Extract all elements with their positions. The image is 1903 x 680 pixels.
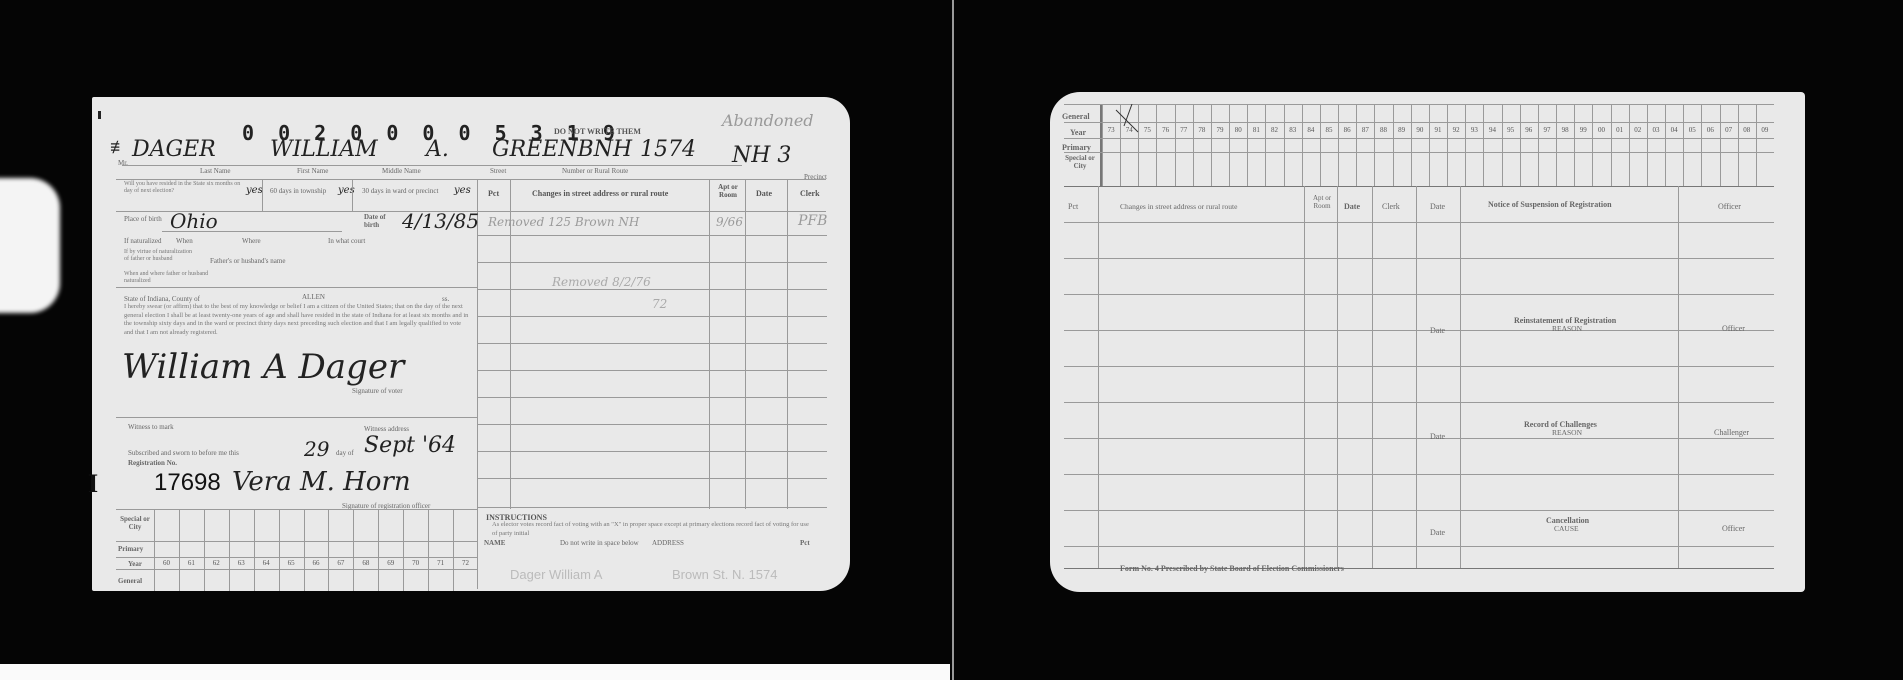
year-cell: 00 [1592, 126, 1610, 134]
subscribed-label: Subscribed and sworn to before me this [128, 449, 239, 457]
birthplace-value: Ohio [170, 209, 218, 233]
back-header-date: Date [1344, 202, 1360, 211]
scan-edge-artifact [0, 178, 60, 313]
grid-column-line [1756, 104, 1757, 186]
back-header-address: Changes in street address or rural route [1120, 202, 1237, 211]
grid-column-line [378, 509, 379, 591]
back-header-clerk: Clerk [1382, 202, 1400, 211]
grid-column-line [1665, 104, 1666, 186]
year-cell: 83 [1284, 126, 1302, 134]
street-label: Street [490, 167, 506, 175]
reinstatement-officer-label: Officer [1722, 324, 1745, 333]
year-cell: 94 [1483, 126, 1501, 134]
grid-column-line [1447, 104, 1448, 186]
year-cell: 01 [1611, 126, 1629, 134]
instructions-text: As elector votes record fact of voting w… [492, 521, 812, 538]
ward-question: 30 days in ward or precinct [362, 187, 438, 195]
grid-column-line [1683, 104, 1684, 186]
grid-column-line [1701, 104, 1702, 186]
grid-column-line [1592, 104, 1593, 186]
year-cell: 86 [1338, 126, 1356, 134]
reinstatement-reason-label: REASON [1552, 324, 1582, 333]
year-cell: 02 [1629, 126, 1647, 134]
changes-header-clerk: Clerk [800, 189, 820, 198]
grid-column-line [1393, 104, 1394, 186]
year-cell: 03 [1647, 126, 1665, 134]
officer-signature: Vera M. Horn [232, 467, 411, 497]
grid-column-line [1247, 104, 1248, 186]
grid-column-line [279, 509, 280, 591]
grid-column-line [1502, 104, 1503, 186]
year-cell: 61 [179, 559, 204, 567]
year-cell: 76 [1156, 126, 1174, 134]
grid-column-line [328, 509, 329, 591]
grid-column-line [1720, 104, 1721, 186]
abandoned-annotation: Abandoned [722, 111, 814, 130]
middle-name-value: A. [426, 137, 449, 162]
challenges-challenger-label: Challenger [1714, 428, 1749, 437]
grid-column-line [1483, 104, 1484, 186]
punch-mark [98, 111, 101, 119]
mr-mark: ≢ [110, 137, 128, 158]
father-when-where-label: When and where father or husband natural… [124, 271, 214, 285]
grid-column-line [1175, 104, 1176, 186]
change-row-4-address: 72 [652, 297, 667, 311]
year-cell: 84 [1302, 126, 1320, 134]
oath-ss: ss. [442, 295, 449, 303]
father-naturalization-label: If by virtue of naturalization of father… [124, 249, 194, 263]
year-cell: 93 [1465, 126, 1483, 134]
year-cell: 63 [229, 559, 254, 567]
year-cell: 96 [1520, 126, 1538, 134]
grid-column-line [1265, 104, 1266, 186]
page-divider [952, 0, 954, 680]
change-row-1-date: 9/66 [716, 215, 743, 229]
change-row-1-clerk: PFB [798, 213, 827, 229]
grid-column-line [1320, 104, 1321, 186]
registration-card-front: 0 0 2 0 0 0 0 5 3 1 9 DO NOT WRITE THEM … [92, 97, 850, 591]
suspension-title: Notice of Suspension of Registration [1488, 200, 1612, 209]
birthdate-value: 4/13/85 [402, 209, 479, 233]
grid-column-line [204, 509, 205, 591]
year-cell: 68 [353, 559, 378, 567]
naturalized-court: In what court [328, 237, 365, 245]
witness-address-label: Witness address [364, 425, 409, 433]
grid-column-line [1374, 104, 1375, 186]
year-cell: 90 [1411, 126, 1429, 134]
year-cell: 60 [154, 559, 179, 567]
year-cell: 71 [428, 559, 453, 567]
scan-bottom-strip [0, 664, 950, 680]
township-question: 60 days in township [270, 187, 326, 195]
year-cell: 08 [1738, 126, 1756, 134]
first-name-label: First Name [297, 167, 328, 175]
year-cell: 87 [1356, 126, 1374, 134]
suspension-officer-label: Officer [1718, 202, 1741, 211]
last-name-label: Last Name [200, 167, 231, 175]
challenges-reason-label: REASON [1552, 428, 1582, 437]
back-grid-label-special: Special or City [1064, 154, 1096, 170]
grid-column-line [1629, 104, 1630, 186]
year-cell: 82 [1265, 126, 1283, 134]
grid-label-general: General [118, 577, 142, 585]
back-grid-label-general: General [1062, 112, 1090, 121]
grid-column-line [1538, 104, 1539, 186]
year-cell: 81 [1247, 126, 1265, 134]
cancellation-officer-label: Officer [1722, 524, 1745, 533]
grid-column-line [1520, 104, 1521, 186]
state-residency-answer: yes [246, 185, 263, 196]
instructions-pct-label: Pct [800, 539, 810, 547]
changes-header-date: Date [756, 189, 772, 198]
year-cell: 89 [1393, 126, 1411, 134]
house-number-value: 1574 [640, 137, 696, 162]
year-cell: 72 [453, 559, 478, 567]
reinstatement-date-label: Date [1430, 326, 1445, 335]
grid-column-line [353, 509, 354, 591]
year-cell: 64 [254, 559, 279, 567]
year-cell: 98 [1556, 126, 1574, 134]
subscribed-day-of: day of [336, 449, 354, 457]
faint-name: Dager William A [510, 567, 602, 582]
birthdate-label: Date of birth [364, 213, 394, 229]
year-cell: 92 [1447, 126, 1465, 134]
year-cell: 77 [1175, 126, 1193, 134]
number-label: Number or Rural Route [562, 167, 628, 175]
registration-number-label: Registration No. [128, 459, 177, 467]
grid-column-line [229, 509, 230, 591]
state-residency-question: Will you have resided in the State six m… [124, 181, 244, 195]
oath-state-line: State of Indiana, County of [124, 295, 200, 303]
faint-address: Brown St. N. 1574 [672, 567, 778, 582]
change-row-1-address: Removed 125 Brown NH [488, 215, 639, 229]
registration-marker: I [88, 469, 98, 499]
grid-column-line [1647, 104, 1648, 186]
year-cell: 85 [1320, 126, 1338, 134]
grid-label-special: Special or City [120, 515, 150, 531]
grid-column-line [1211, 104, 1212, 186]
year-cell: 78 [1193, 126, 1211, 134]
year-cell: 97 [1538, 126, 1556, 134]
grid-column-line [1156, 104, 1157, 186]
back-grid-label-year: Year [1070, 128, 1086, 137]
suspension-date-label: Date [1430, 202, 1445, 211]
grid-column-line [428, 509, 429, 591]
back-header-pct: Pct [1068, 202, 1078, 211]
grid-column-line [1465, 104, 1466, 186]
year-cell: 69 [378, 559, 403, 567]
last-name-value: DAGER [132, 137, 216, 162]
grid-column-line [1411, 104, 1412, 186]
registration-number: 17698 [154, 469, 221, 497]
grid-column-line [1429, 104, 1430, 186]
street-value: GREENBNH [492, 137, 632, 162]
first-name-value: WILLIAM [270, 137, 378, 162]
header-notice: DO NOT WRITE THEM [554, 127, 641, 136]
year-cell: 05 [1683, 126, 1701, 134]
year-cell: 70 [403, 559, 428, 567]
grid-column-line [1611, 104, 1612, 186]
back-grid-label-primary: Primary [1062, 143, 1091, 152]
year-cell: 88 [1374, 126, 1392, 134]
grid-column-line [1102, 104, 1103, 186]
year-cell: 65 [279, 559, 304, 567]
year-cell: 95 [1502, 126, 1520, 134]
changes-header-apt: Apt or Room [712, 183, 744, 199]
voter-signature-label: Signature of voter [352, 387, 403, 395]
changes-header-address: Changes in street address or rural route [532, 189, 668, 198]
grid-column-line [403, 509, 404, 591]
grid-column-line [1193, 104, 1194, 186]
grid-label-year: Year [128, 560, 142, 568]
grid-column-line [304, 509, 305, 591]
year-cell: 99 [1574, 126, 1592, 134]
year-cell: 80 [1229, 126, 1247, 134]
subscribed-month-year: Sept '64 [364, 433, 456, 458]
registration-card-back: General Year Primary Special or City 737… [1050, 92, 1805, 592]
grid-column-line [1338, 104, 1339, 186]
back-header-apt: Apt or Room [1308, 194, 1336, 210]
year-cell: 66 [304, 559, 329, 567]
year-cell: 79 [1211, 126, 1229, 134]
instructions-name-label: NAME [484, 539, 505, 547]
year-cell: 06 [1701, 126, 1719, 134]
do-not-write-label: Do not write in space below [560, 539, 639, 547]
year-cell: 07 [1720, 126, 1738, 134]
birthplace-label: Place of birth [124, 215, 162, 223]
naturalized-where: Where [242, 237, 261, 245]
year-cell: 04 [1665, 126, 1683, 134]
oath-county: ALLEN [302, 293, 325, 301]
ward-answer: yes [454, 185, 471, 196]
father-name-label: Father's or husband's name [210, 257, 285, 265]
year-cell: 62 [204, 559, 229, 567]
change-row-3-address: Removed 8/2/76 [552, 275, 651, 289]
grid-column-line [1356, 104, 1357, 186]
middle-name-label: Middle Name [382, 167, 421, 175]
grid-column-line [179, 509, 180, 591]
grid-column-line [1284, 104, 1285, 186]
year-cell: 09 [1756, 126, 1774, 134]
oath-text: I hereby swear (or affirm) that to the b… [124, 303, 469, 337]
grid-label-primary: Primary [118, 545, 143, 553]
challenges-date-label: Date [1430, 432, 1445, 441]
voter-signature: William A Dager [122, 347, 404, 387]
form-footer: Form No. 4 Prescribed by State Board of … [1120, 564, 1344, 573]
naturalized-when: When [176, 237, 193, 245]
cancellation-cause-label: CAUSE [1554, 524, 1579, 533]
grid-column-line [1229, 104, 1230, 186]
grid-column-line [1556, 104, 1557, 186]
grid-column-line [1302, 104, 1303, 186]
changes-header-pct: Pct [488, 189, 499, 198]
grid-column-line [1574, 104, 1575, 186]
year-cell: 67 [328, 559, 353, 567]
grid-column-line [254, 509, 255, 591]
grid-column-line [154, 509, 155, 591]
vote-check-mark [1110, 104, 1150, 134]
year-cell: 91 [1429, 126, 1447, 134]
grid-column-line [453, 509, 454, 591]
grid-column-line [1738, 104, 1739, 186]
subscribed-day: 29 [304, 437, 329, 461]
witness-mark-label: Witness to mark [128, 423, 174, 431]
naturalized-label: If naturalized [124, 237, 162, 245]
cancellation-date-label: Date [1430, 528, 1445, 537]
instructions-address-label: ADDRESS [652, 539, 684, 547]
